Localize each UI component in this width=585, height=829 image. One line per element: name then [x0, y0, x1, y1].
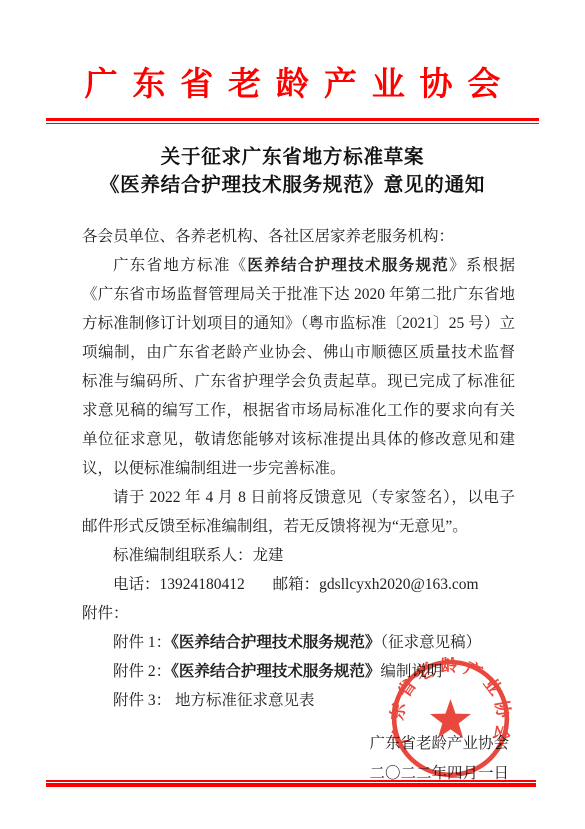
contact-person-line: 标准编制组联系人：龙建: [82, 541, 515, 570]
bold-text-run: 《医养结合护理技术服务规范》: [171, 634, 380, 651]
paragraph-standard-origin: 广东省地方标准《医养结合护理技术服务规范》系根据《广东省市场监督管理局关于批准下…: [82, 251, 515, 483]
document-page: 广东省老龄产业协会 关于征求广东省地方标准草案 《医养结合护理技术服务规范》意见…: [0, 0, 585, 829]
document-body: 各会员单位、各养老机构、各社区居家养老服务机构： 广东省地方标准《医养结合护理技…: [82, 222, 515, 715]
document-title-line2: 《医养结合护理技术服务规范》意见的通知: [0, 172, 585, 200]
salutation: 各会员单位、各养老机构、各社区居家养老服务机构：: [82, 222, 515, 251]
seal-star-icon: [430, 699, 471, 738]
bold-text-run: 《医养结合护理技术服务规范》: [171, 663, 380, 680]
letterhead-divider-thin-line: [46, 123, 539, 124]
text-run: 》系根据《广东省市场监督管理局关于批准下达 2020 年第二批广东省地方标准制修…: [82, 257, 515, 477]
bold-text-run: 医养结合护理技术服务规范: [247, 257, 449, 274]
footer-divider: [46, 780, 536, 787]
text-run: （征求意见稿）: [380, 634, 481, 651]
email-address: gdsllcyxh2020@163.com: [319, 576, 478, 593]
attachment-item-1: 附件 1：《医养结合护理技术服务规范》（征求意见稿）: [82, 628, 515, 657]
phone-email-line: 电话：13924180412邮箱：gdsllcyxh2020@163.com: [82, 570, 515, 599]
text-run: 附件 2：: [113, 663, 171, 680]
official-seal: 广东省老龄产业协会: [389, 657, 512, 780]
attachments-label: 附件：: [82, 599, 515, 628]
letterhead-divider: [46, 118, 539, 124]
document-title-line1: 关于征求广东省地方标准草案: [0, 144, 585, 172]
paragraph-feedback-deadline: 请于 2022 年 4 月 8 日前将反馈意见（专家签名），以电子邮件形式反馈至…: [82, 483, 515, 541]
text-run: 广东省地方标准《: [113, 257, 247, 274]
footer-divider-thick-line: [46, 783, 536, 787]
phone-number: 13924180412: [160, 576, 245, 593]
text-run: 附件 1：: [113, 634, 171, 651]
text-run: 附件 3： 地方标准征求意见表: [113, 692, 315, 709]
phone-label: 电话：: [113, 576, 160, 593]
email-label: 邮箱：: [273, 576, 320, 593]
letterhead-org-name: 广东省老龄产业协会: [0, 0, 585, 106]
document-title: 关于征求广东省地方标准草案 《医养结合护理技术服务规范》意见的通知: [0, 144, 585, 200]
